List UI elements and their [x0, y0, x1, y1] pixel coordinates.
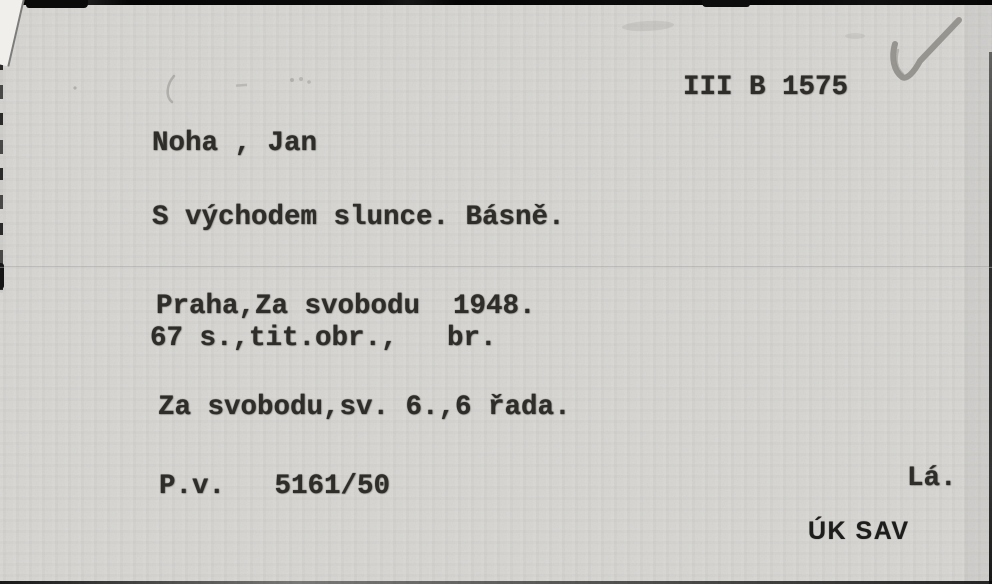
accession-number: P.v. 5161/50 — [159, 473, 390, 501]
collation-line: 67 s.,tit.obr., br. — [150, 325, 497, 353]
author-heading: Noha , Jan — [152, 130, 317, 158]
series-statement: Za svobodu,sv. 6.,6 řada. — [158, 394, 571, 422]
catalog-card-scan: III B 1575 Noha , Jan S východem slunce.… — [0, 0, 992, 584]
pencil-checkmark-icon — [878, 10, 976, 96]
library-stamp: ÚK SAV — [808, 517, 910, 546]
title-statement: S východem slunce. Básně. — [152, 204, 565, 232]
imprint-line: Praha,Za svobodu 1948. — [156, 293, 536, 321]
cataloguer-initials: Lá. — [907, 465, 957, 493]
call-number: III B 1575 — [683, 74, 848, 102]
